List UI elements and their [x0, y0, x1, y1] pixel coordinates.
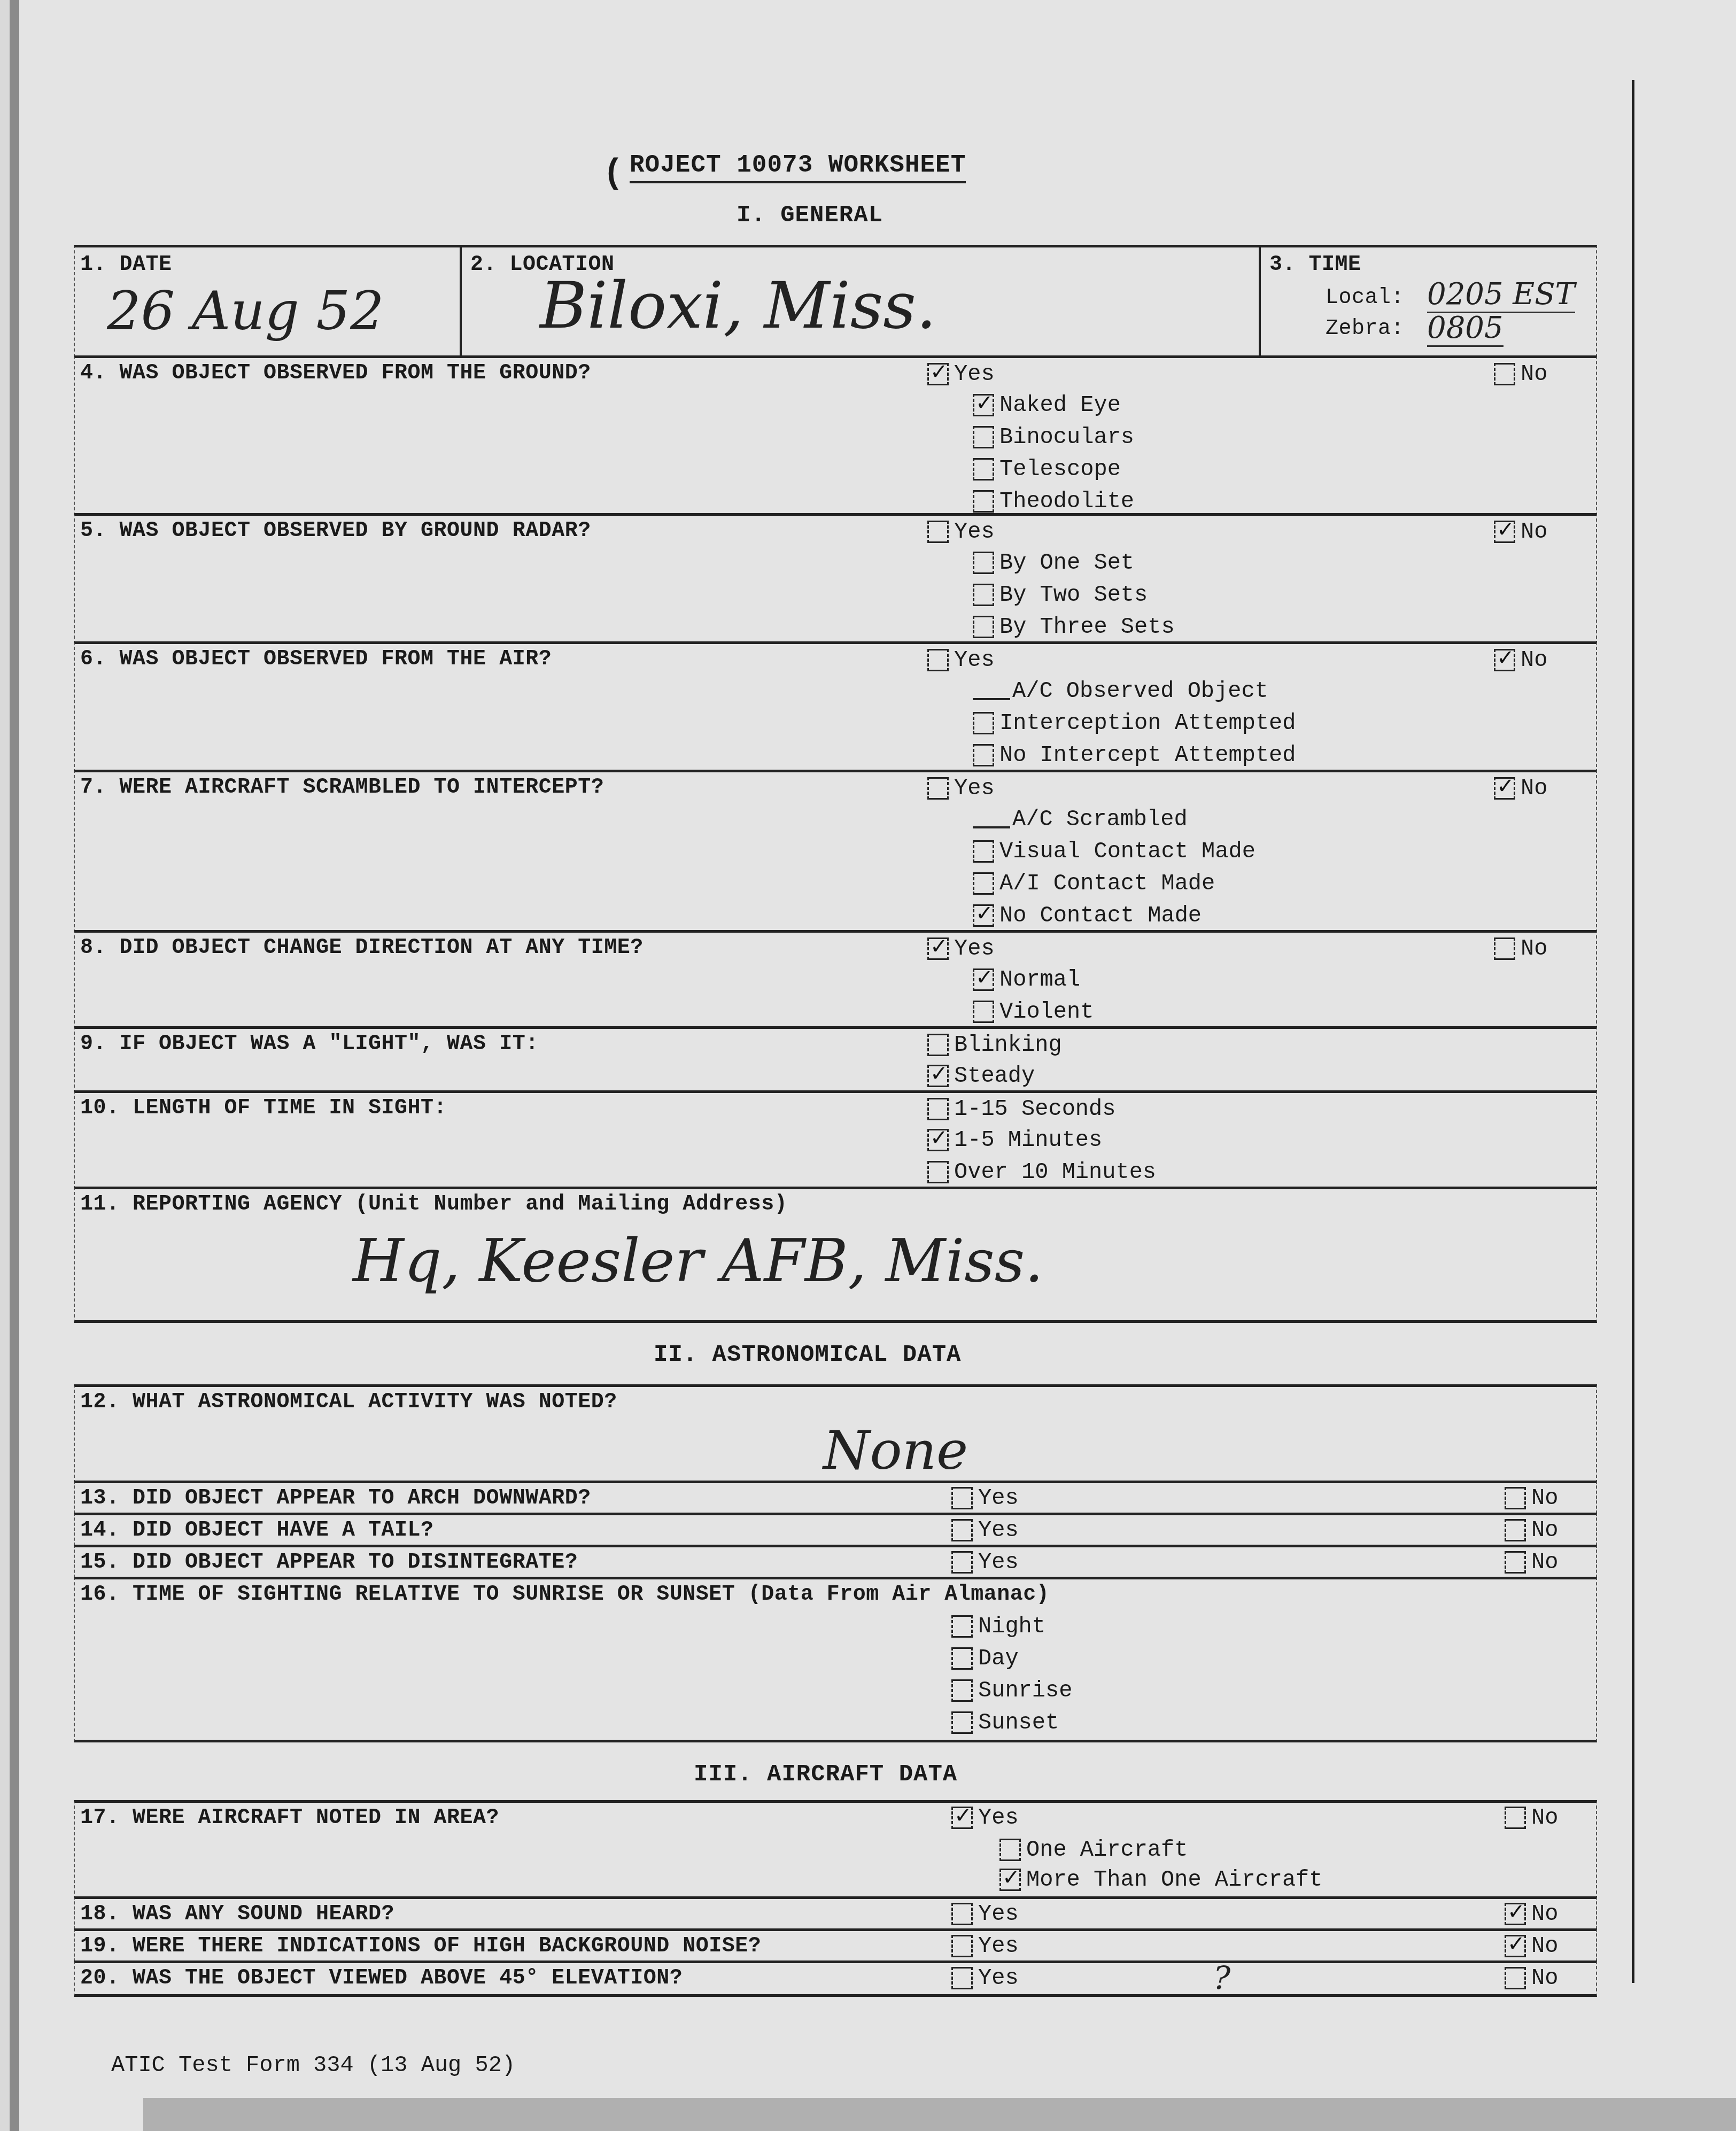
- q14-label: 14. DID OBJECT HAVE A TAIL?: [80, 1518, 434, 1543]
- checkbox[interactable]: [951, 1679, 973, 1702]
- checkbox[interactable]: [973, 458, 994, 481]
- reporting-agency-value[interactable]: Hq, Keesler AFB, Miss.: [353, 1227, 1043, 1295]
- checkbox[interactable]: [1505, 1967, 1526, 1989]
- time-label: 3. TIME: [1269, 253, 1361, 277]
- checkbox-checked[interactable]: [1494, 777, 1515, 800]
- no-label: No: [1521, 361, 1547, 387]
- q5-no[interactable]: No: [1494, 519, 1547, 545]
- option-label: By Two Sets: [999, 582, 1148, 608]
- checkbox-checked[interactable]: [927, 1129, 949, 1151]
- checkbox-checked[interactable]: [999, 1869, 1021, 1891]
- q6-interception-attempted[interactable]: Interception Attempted: [973, 710, 1296, 736]
- q7-yes[interactable]: Yes: [927, 776, 995, 801]
- checkbox[interactable]: [951, 1551, 973, 1574]
- worksheet-page: ( ROJECT 10073 WORKSHEET I. GENERAL 1. D…: [10, 0, 1736, 2131]
- option-label: Normal: [999, 967, 1080, 993]
- q17-label: 17. WERE AIRCRAFT NOTED IN AREA?: [80, 1806, 499, 1830]
- q7-visual-contact[interactable]: Visual Contact Made: [973, 839, 1255, 864]
- q13-label: 13. DID OBJECT APPEAR TO ARCH DOWNWARD?: [80, 1486, 591, 1510]
- q9-blinking[interactable]: Blinking: [927, 1032, 1062, 1058]
- option-label: No Intercept Attempted: [999, 742, 1296, 768]
- q4-label: 4. WAS OBJECT OBSERVED FROM THE GROUND?: [80, 361, 591, 385]
- no-label: No: [1521, 776, 1547, 801]
- q17-one-aircraft[interactable]: One Aircraft: [999, 1837, 1188, 1863]
- q19-label: 19. WERE THERE INDICATIONS OF HIGH BACKG…: [80, 1934, 761, 1958]
- section-aircraft-heading: III. AIRCRAFT DATA: [694, 1761, 957, 1788]
- q12-label: 12. WHAT ASTRONOMICAL ACTIVITY WAS NOTED…: [80, 1390, 617, 1414]
- option-label: A/C Scrambled: [1012, 807, 1188, 832]
- q9-label: 9. IF OBJECT WAS A "LIGHT", WAS IT:: [80, 1032, 539, 1056]
- form-footer: ATIC Test Form 334 (13 Aug 52): [111, 2052, 515, 2078]
- q9-steady[interactable]: Steady: [927, 1063, 1035, 1089]
- yes-label: Yes: [978, 1901, 1019, 1927]
- no-label: No: [1531, 1805, 1558, 1831]
- q17-no[interactable]: No: [1505, 1805, 1558, 1831]
- option-label: By Three Sets: [999, 614, 1175, 640]
- yes-label: Yes: [954, 936, 995, 962]
- scan-edge: [10, 0, 19, 2131]
- q10-label: 10. LENGTH OF TIME IN SIGHT:: [80, 1096, 447, 1120]
- q4-box: 4. WAS OBJECT OBSERVED FROM THE GROUND? …: [74, 355, 1597, 516]
- checkbox[interactable]: [951, 1647, 973, 1670]
- no-label: No: [1531, 1901, 1558, 1927]
- date-label: 1. DATE: [80, 253, 172, 277]
- checkbox[interactable]: [927, 777, 949, 800]
- option-label: 1-5 Minutes: [954, 1127, 1102, 1153]
- checkbox[interactable]: [973, 712, 994, 734]
- q6-yes[interactable]: Yes: [927, 647, 995, 673]
- no-label: No: [1531, 1549, 1558, 1575]
- checkbox[interactable]: [951, 1519, 973, 1541]
- q7-no-contact[interactable]: No Contact Made: [973, 903, 1202, 928]
- checkbox[interactable]: [973, 744, 994, 766]
- checkbox[interactable]: [1505, 1519, 1526, 1541]
- checkbox[interactable]: [1494, 937, 1515, 960]
- page-border-line: [1632, 80, 1634, 1983]
- q4-naked-eye[interactable]: Naked Eye: [973, 392, 1121, 418]
- checkbox-checked[interactable]: [951, 1807, 973, 1829]
- no-label: No: [1531, 1517, 1558, 1543]
- q7-ai-contact[interactable]: A/I Contact Made: [973, 871, 1215, 896]
- q18-no[interactable]: No: [1505, 1901, 1558, 1927]
- yes-label: Yes: [978, 1805, 1019, 1831]
- checkbox-checked[interactable]: [1494, 521, 1515, 543]
- checkbox[interactable]: [927, 1098, 949, 1120]
- checkbox[interactable]: [1505, 1807, 1526, 1829]
- checkbox[interactable]: [1494, 363, 1515, 385]
- q18-yes[interactable]: Yes: [951, 1901, 1019, 1927]
- q14-box: 14. DID OBJECT HAVE A TAIL? Yes No: [74, 1513, 1597, 1546]
- yes-label: Yes: [954, 361, 995, 387]
- q20-annotation: ?: [1213, 1960, 1230, 1997]
- q10-minutes[interactable]: 1-5 Minutes: [927, 1127, 1102, 1153]
- q20-no[interactable]: No: [1505, 1965, 1558, 1991]
- no-label: No: [1521, 936, 1547, 962]
- section-general-heading: I. GENERAL: [737, 202, 883, 229]
- local-time-value[interactable]: 0205 EST: [1427, 277, 1575, 313]
- no-label: No: [1531, 1965, 1558, 1991]
- q8-yes[interactable]: Yes: [927, 936, 995, 962]
- option-label: Binoculars: [999, 424, 1134, 450]
- option-label: Telescope: [999, 456, 1121, 482]
- checkbox[interactable]: [951, 1615, 973, 1638]
- q11-box: 11. REPORTING AGENCY (Unit Number and Ma…: [74, 1187, 1597, 1323]
- q16-label: 16. TIME OF SIGHTING RELATIVE TO SUNRISE…: [80, 1583, 1049, 1607]
- section-astronomical-heading: II. ASTRONOMICAL DATA: [654, 1342, 962, 1368]
- checkbox[interactable]: [951, 1711, 973, 1734]
- q7-box: 7. WERE AIRCRAFT SCRAMBLED TO INTERCEPT?…: [74, 770, 1597, 933]
- option-label: More Than One Aircraft: [1026, 1867, 1323, 1893]
- yes-label: Yes: [954, 647, 995, 673]
- q10-seconds[interactable]: 1-15 Seconds: [927, 1096, 1115, 1122]
- yes-label: Yes: [978, 1549, 1019, 1575]
- general-header-box: 1. DATE 26 Aug 52 2. LOCATION Biloxi, Mi…: [74, 245, 1597, 357]
- checkbox[interactable]: [1505, 1487, 1526, 1509]
- no-label: No: [1531, 1933, 1558, 1959]
- q7-no[interactable]: No: [1494, 776, 1547, 801]
- q15-label: 15. DID OBJECT APPEAR TO DISINTEGRATE?: [80, 1551, 578, 1575]
- no-label: No: [1531, 1485, 1558, 1511]
- q16-sunset[interactable]: Sunset: [951, 1710, 1059, 1735]
- checkbox[interactable]: [973, 840, 994, 863]
- zebra-time-label: Zebra:: [1326, 317, 1404, 341]
- q5-one-set[interactable]: By One Set: [973, 550, 1134, 576]
- q18-label: 18. WAS ANY SOUND HEARD?: [80, 1902, 394, 1926]
- option-label: No Contact Made: [999, 903, 1202, 928]
- q19-no[interactable]: No: [1505, 1933, 1558, 1959]
- q4-telescope[interactable]: Telescope: [973, 456, 1121, 482]
- q8-violent[interactable]: Violent: [973, 999, 1094, 1025]
- q6-box: 6. WAS OBJECT OBSERVED FROM THE AIR? Yes…: [74, 641, 1597, 772]
- q8-normal[interactable]: Normal: [973, 967, 1080, 993]
- blank-line[interactable]: [973, 682, 1010, 700]
- option-label: Naked Eye: [999, 392, 1121, 418]
- checkbox[interactable]: [999, 1839, 1021, 1861]
- option-label: Blinking: [954, 1032, 1062, 1058]
- q6-ac-observed[interactable]: A/C Observed Object: [973, 678, 1268, 704]
- option-label: One Aircraft: [1026, 1837, 1188, 1863]
- q4-no[interactable]: No: [1494, 361, 1547, 387]
- option-label: Steady: [954, 1063, 1035, 1089]
- yes-label: Yes: [954, 776, 995, 801]
- q4-theodolite[interactable]: Theodolite: [973, 489, 1134, 514]
- q4-yes[interactable]: Yes: [927, 361, 995, 387]
- location-value[interactable]: Biloxi, Miss.: [540, 269, 936, 343]
- q7-label: 7. WERE AIRCRAFT SCRAMBLED TO INTERCEPT?: [80, 776, 604, 800]
- q8-no[interactable]: No: [1494, 936, 1547, 962]
- option-label: By One Set: [999, 550, 1134, 576]
- scan-shadow: [143, 2098, 1736, 2131]
- q11-label: 11. REPORTING AGENCY (Unit Number and Ma…: [80, 1192, 787, 1216]
- q15-box: 15. DID OBJECT APPEAR TO DISINTEGRATE? Y…: [74, 1545, 1597, 1578]
- yes-label: Yes: [978, 1965, 1019, 1991]
- q13-no[interactable]: No: [1505, 1485, 1558, 1511]
- q8-box: 8. DID OBJECT CHANGE DIRECTION AT ANY TI…: [74, 930, 1597, 1029]
- checkbox[interactable]: [973, 426, 994, 448]
- checkbox-checked[interactable]: [1505, 1935, 1526, 1957]
- q20-yes[interactable]: Yes: [951, 1965, 1019, 1991]
- q13-yes[interactable]: Yes: [951, 1485, 1019, 1511]
- q14-yes[interactable]: Yes: [951, 1517, 1019, 1543]
- q15-yes[interactable]: Yes: [951, 1549, 1019, 1575]
- q17-more-than-one[interactable]: More Than One Aircraft: [999, 1867, 1323, 1893]
- checkbox[interactable]: [973, 872, 994, 895]
- checkbox[interactable]: [973, 616, 994, 638]
- checkbox[interactable]: [927, 649, 949, 671]
- q19-yes[interactable]: Yes: [951, 1933, 1019, 1959]
- q13-box: 13. DID OBJECT APPEAR TO ARCH DOWNWARD? …: [74, 1481, 1597, 1514]
- checkbox[interactable]: [927, 1161, 949, 1183]
- local-time-label: Local:: [1326, 286, 1404, 310]
- checkbox[interactable]: [927, 521, 949, 543]
- yes-label: Yes: [978, 1517, 1019, 1543]
- q8-label: 8. DID OBJECT CHANGE DIRECTION AT ANY TI…: [80, 936, 644, 960]
- option-label: Over 10 Minutes: [954, 1159, 1156, 1185]
- q19-box: 19. WERE THERE INDICATIONS OF HIGH BACKG…: [74, 1928, 1597, 1962]
- q5-yes[interactable]: Yes: [927, 519, 995, 545]
- q6-no-intercept[interactable]: No Intercept Attempted: [973, 742, 1296, 768]
- checkbox-checked[interactable]: [927, 363, 949, 385]
- q18-box: 18. WAS ANY SOUND HEARD? Yes No: [74, 1896, 1597, 1929]
- zebra-time-value[interactable]: 0805: [1427, 311, 1503, 347]
- checkbox-checked[interactable]: [973, 968, 994, 991]
- option-label: Violent: [999, 999, 1094, 1025]
- checkbox[interactable]: [951, 1967, 973, 1989]
- option-label: Interception Attempted: [999, 710, 1296, 736]
- checkbox-checked[interactable]: [927, 1065, 949, 1087]
- checkbox-checked[interactable]: [1505, 1903, 1526, 1925]
- yes-label: Yes: [978, 1933, 1019, 1959]
- q5-box: 5. WAS OBJECT OBSERVED BY GROUND RADAR? …: [74, 513, 1597, 644]
- divider: [1259, 247, 1261, 357]
- checkbox[interactable]: [951, 1487, 973, 1509]
- q5-two-sets[interactable]: By Two Sets: [973, 582, 1148, 608]
- option-label: Sunrise: [978, 1678, 1072, 1703]
- blank-line[interactable]: [973, 810, 1010, 828]
- yes-label: Yes: [978, 1485, 1019, 1511]
- no-label: No: [1521, 519, 1547, 545]
- checkbox[interactable]: [973, 490, 994, 513]
- q5-label: 5. WAS OBJECT OBSERVED BY GROUND RADAR?: [80, 519, 591, 543]
- q16-night[interactable]: Night: [951, 1614, 1045, 1639]
- q12-box: 12. WHAT ASTRONOMICAL ACTIVITY WAS NOTED…: [74, 1384, 1597, 1483]
- option-label: 1-15 Seconds: [954, 1096, 1115, 1122]
- q6-no[interactable]: No: [1494, 647, 1547, 673]
- q14-no[interactable]: No: [1505, 1517, 1558, 1543]
- checkbox[interactable]: [951, 1903, 973, 1925]
- q17-yes[interactable]: Yes: [951, 1805, 1019, 1831]
- divider: [460, 247, 462, 357]
- checkbox[interactable]: [973, 584, 994, 606]
- q20-box: 20. WAS THE OBJECT VIEWED ABOVE 45° ELEV…: [74, 1960, 1597, 1997]
- checkbox[interactable]: [973, 552, 994, 574]
- date-value[interactable]: 26 Aug 52: [107, 280, 384, 342]
- q10-over-10[interactable]: Over 10 Minutes: [927, 1159, 1156, 1185]
- checkbox[interactable]: [927, 1034, 949, 1056]
- option-label: A/C Observed Object: [1012, 678, 1268, 704]
- q5-three-sets[interactable]: By Three Sets: [973, 614, 1175, 640]
- no-label: No: [1521, 647, 1547, 673]
- option-label: A/I Contact Made: [999, 871, 1215, 896]
- option-label: Day: [978, 1646, 1019, 1671]
- q6-label: 6. WAS OBJECT OBSERVED FROM THE AIR?: [80, 647, 552, 671]
- q4-binoculars[interactable]: Binoculars: [973, 424, 1134, 450]
- option-label: Visual Contact Made: [999, 839, 1255, 864]
- checkbox[interactable]: [973, 1001, 994, 1023]
- q16-box: 16. TIME OF SIGHTING RELATIVE TO SUNRISE…: [74, 1577, 1597, 1742]
- q16-day[interactable]: Day: [951, 1646, 1019, 1671]
- option-label: Theodolite: [999, 489, 1134, 514]
- q15-no[interactable]: No: [1505, 1549, 1558, 1575]
- q20-label: 20. WAS THE OBJECT VIEWED ABOVE 45° ELEV…: [80, 1966, 683, 1990]
- checkbox-checked[interactable]: [927, 937, 949, 960]
- option-label: Sunset: [978, 1710, 1059, 1735]
- checkbox-checked[interactable]: [1494, 649, 1515, 671]
- q16-sunrise[interactable]: Sunrise: [951, 1678, 1072, 1703]
- q17-box: 17. WERE AIRCRAFT NOTED IN AREA? Yes No …: [74, 1800, 1597, 1899]
- title-paren: (: [603, 155, 623, 193]
- q9-box: 9. IF OBJECT WAS A "LIGHT", WAS IT: Blin…: [74, 1026, 1597, 1093]
- q7-ac-scrambled[interactable]: A/C Scrambled: [973, 807, 1188, 832]
- q10-box: 10. LENGTH OF TIME IN SIGHT: 1-15 Second…: [74, 1090, 1597, 1189]
- checkbox-checked[interactable]: [973, 904, 994, 927]
- checkbox[interactable]: [951, 1935, 973, 1957]
- option-label: Night: [978, 1614, 1045, 1639]
- yes-label: Yes: [954, 519, 995, 545]
- checkbox[interactable]: [1505, 1551, 1526, 1574]
- astronomical-activity-value[interactable]: None: [823, 1419, 968, 1482]
- page-title: ROJECT 10073 WORKSHEET: [630, 151, 966, 183]
- checkbox-checked[interactable]: [973, 394, 994, 416]
